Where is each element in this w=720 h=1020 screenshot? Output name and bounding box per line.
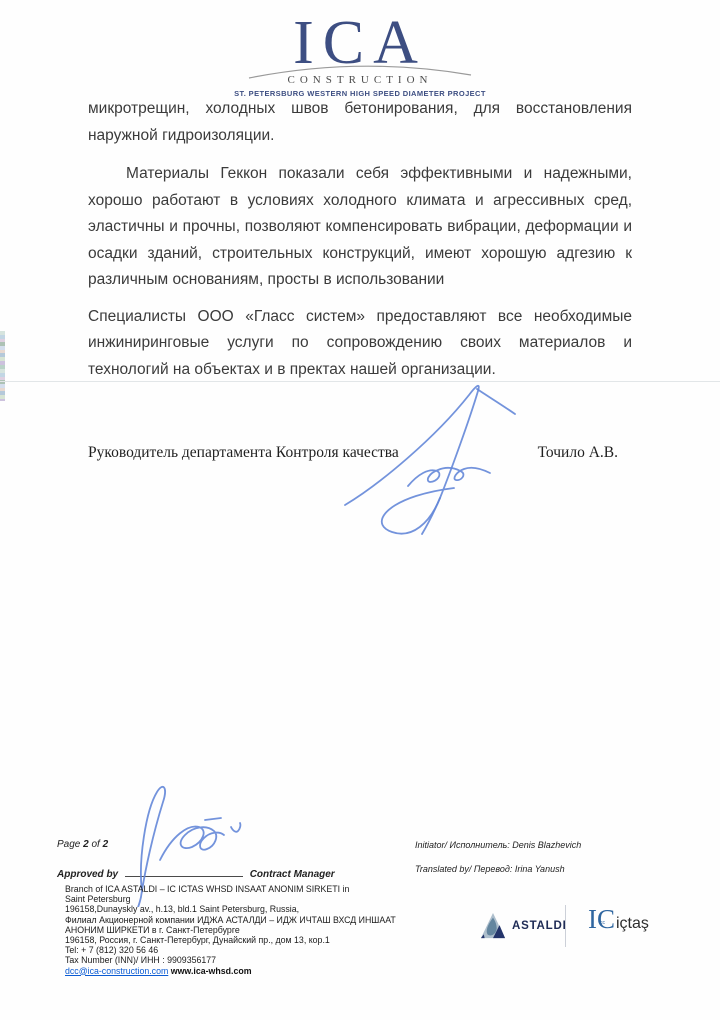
address-line: 196158, Россия, г. Санкт-Петербург, Дуна… bbox=[65, 935, 396, 945]
logo-bridge-arc-icon bbox=[245, 56, 475, 82]
paragraph-1: микротрещин, холодных швов бетонирования… bbox=[88, 96, 632, 149]
address-line: Saint Petersburg bbox=[65, 894, 396, 904]
page-word: Page bbox=[57, 839, 83, 850]
scan-noise-strip bbox=[0, 331, 5, 401]
astaldi-logo: ASTALDI bbox=[480, 911, 567, 941]
phone-line: Tel: + 7 (812) 320 56 46 bbox=[65, 945, 396, 955]
logo-divider bbox=[565, 905, 566, 947]
contacts-line: dcc@ica-construction.com www.ica-whsd.co… bbox=[65, 966, 396, 976]
astaldi-wordmark: ASTALDI bbox=[512, 920, 567, 932]
paragraph-3: Специалисты ООО «Гласс систем» предостав… bbox=[88, 304, 632, 384]
company-logo: ICA CONSTRUCTION ST. PETERSBURG WESTERN … bbox=[0, 12, 720, 98]
paragraph-2: Материалы Геккон показали себя эффективн… bbox=[88, 161, 632, 294]
company-address-block: Branch of ICA ASTALDI – IC ICTAS WHSD IN… bbox=[65, 884, 396, 976]
address-line: АНОНИМ ШИРКЕТИ в г. Санкт-Петербурге bbox=[65, 925, 396, 935]
address-line: Филиал Акционерной компании ИДЖА АСТАЛДИ… bbox=[65, 915, 396, 925]
address-line: Branch of ICA ASTALDI – IC ICTAS WHSD IN… bbox=[65, 884, 396, 894]
document-page: ICA CONSTRUCTION ST. PETERSBURG WESTERN … bbox=[0, 0, 720, 1020]
initiator-label: Initiator/ Исполнитель: Denis Blazhevich bbox=[415, 840, 581, 850]
email-link[interactable]: dcc@ica-construction.com bbox=[65, 966, 168, 976]
translator-label: Translated by/ Перевод: Irina Yanush bbox=[415, 864, 565, 874]
ictas-ic-mark: ICcc bbox=[588, 906, 615, 933]
ictas-sub-mark: cc bbox=[600, 910, 605, 937]
address-line: 196158,Dunayskly av., h.13, bld.1 Saint … bbox=[65, 904, 396, 914]
ictas-wordmark: içtaş bbox=[616, 915, 649, 933]
ictas-logo: ICcc içtaş bbox=[588, 906, 649, 933]
tax-number-line: Tax Number (INN)/ ИНН : 9909356177 bbox=[65, 955, 396, 965]
approver-role: Contract Manager bbox=[250, 869, 335, 880]
signatory-name: Точило А.В. bbox=[538, 444, 618, 462]
website-text: www.ica-whsd.com bbox=[171, 966, 252, 976]
letter-body: микротрещин, холодных швов бетонирования… bbox=[88, 96, 632, 383]
astaldi-triangle-icon bbox=[480, 911, 506, 941]
handwritten-signature-main bbox=[330, 376, 520, 536]
